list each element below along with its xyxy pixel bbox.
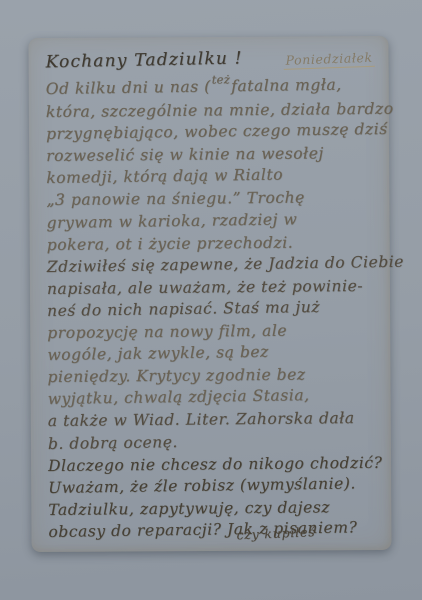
handwritten-line: b. dobrą ocenę. <box>48 428 379 455</box>
handwritten-line: wogóle, jak zwykle, są bez <box>47 339 378 366</box>
line-text: fatalna mgła, <box>231 76 342 96</box>
handwritten-line: Zdziwiłeś się zapewne, że Jadzia do Cieb… <box>47 251 378 278</box>
handwritten-line: grywam w karioka, rzadziej w <box>46 207 377 234</box>
letter-page: Kochany Tadziulku ! Poniedziałek Od kilk… <box>28 36 391 552</box>
line-text: Od kilku dni u nas ( <box>46 78 211 98</box>
date-note: Poniedziałek <box>283 50 375 70</box>
scan-background: Kochany Tadziulku ! Poniedziałek Od kilk… <box>0 0 422 600</box>
handwritten-line: Uważam, że źle robisz (wymyślanie). <box>48 472 379 499</box>
inserted-word: też <box>211 68 230 90</box>
handwritten-line: Od kilku dni u nas (teżfatalna mgła, <box>46 73 377 101</box>
handwritten-line: neś do nich napisać. Staś ma już <box>47 295 378 322</box>
handwritten-line: przygnębiająco, wobec czego muszę dziś <box>46 118 377 145</box>
